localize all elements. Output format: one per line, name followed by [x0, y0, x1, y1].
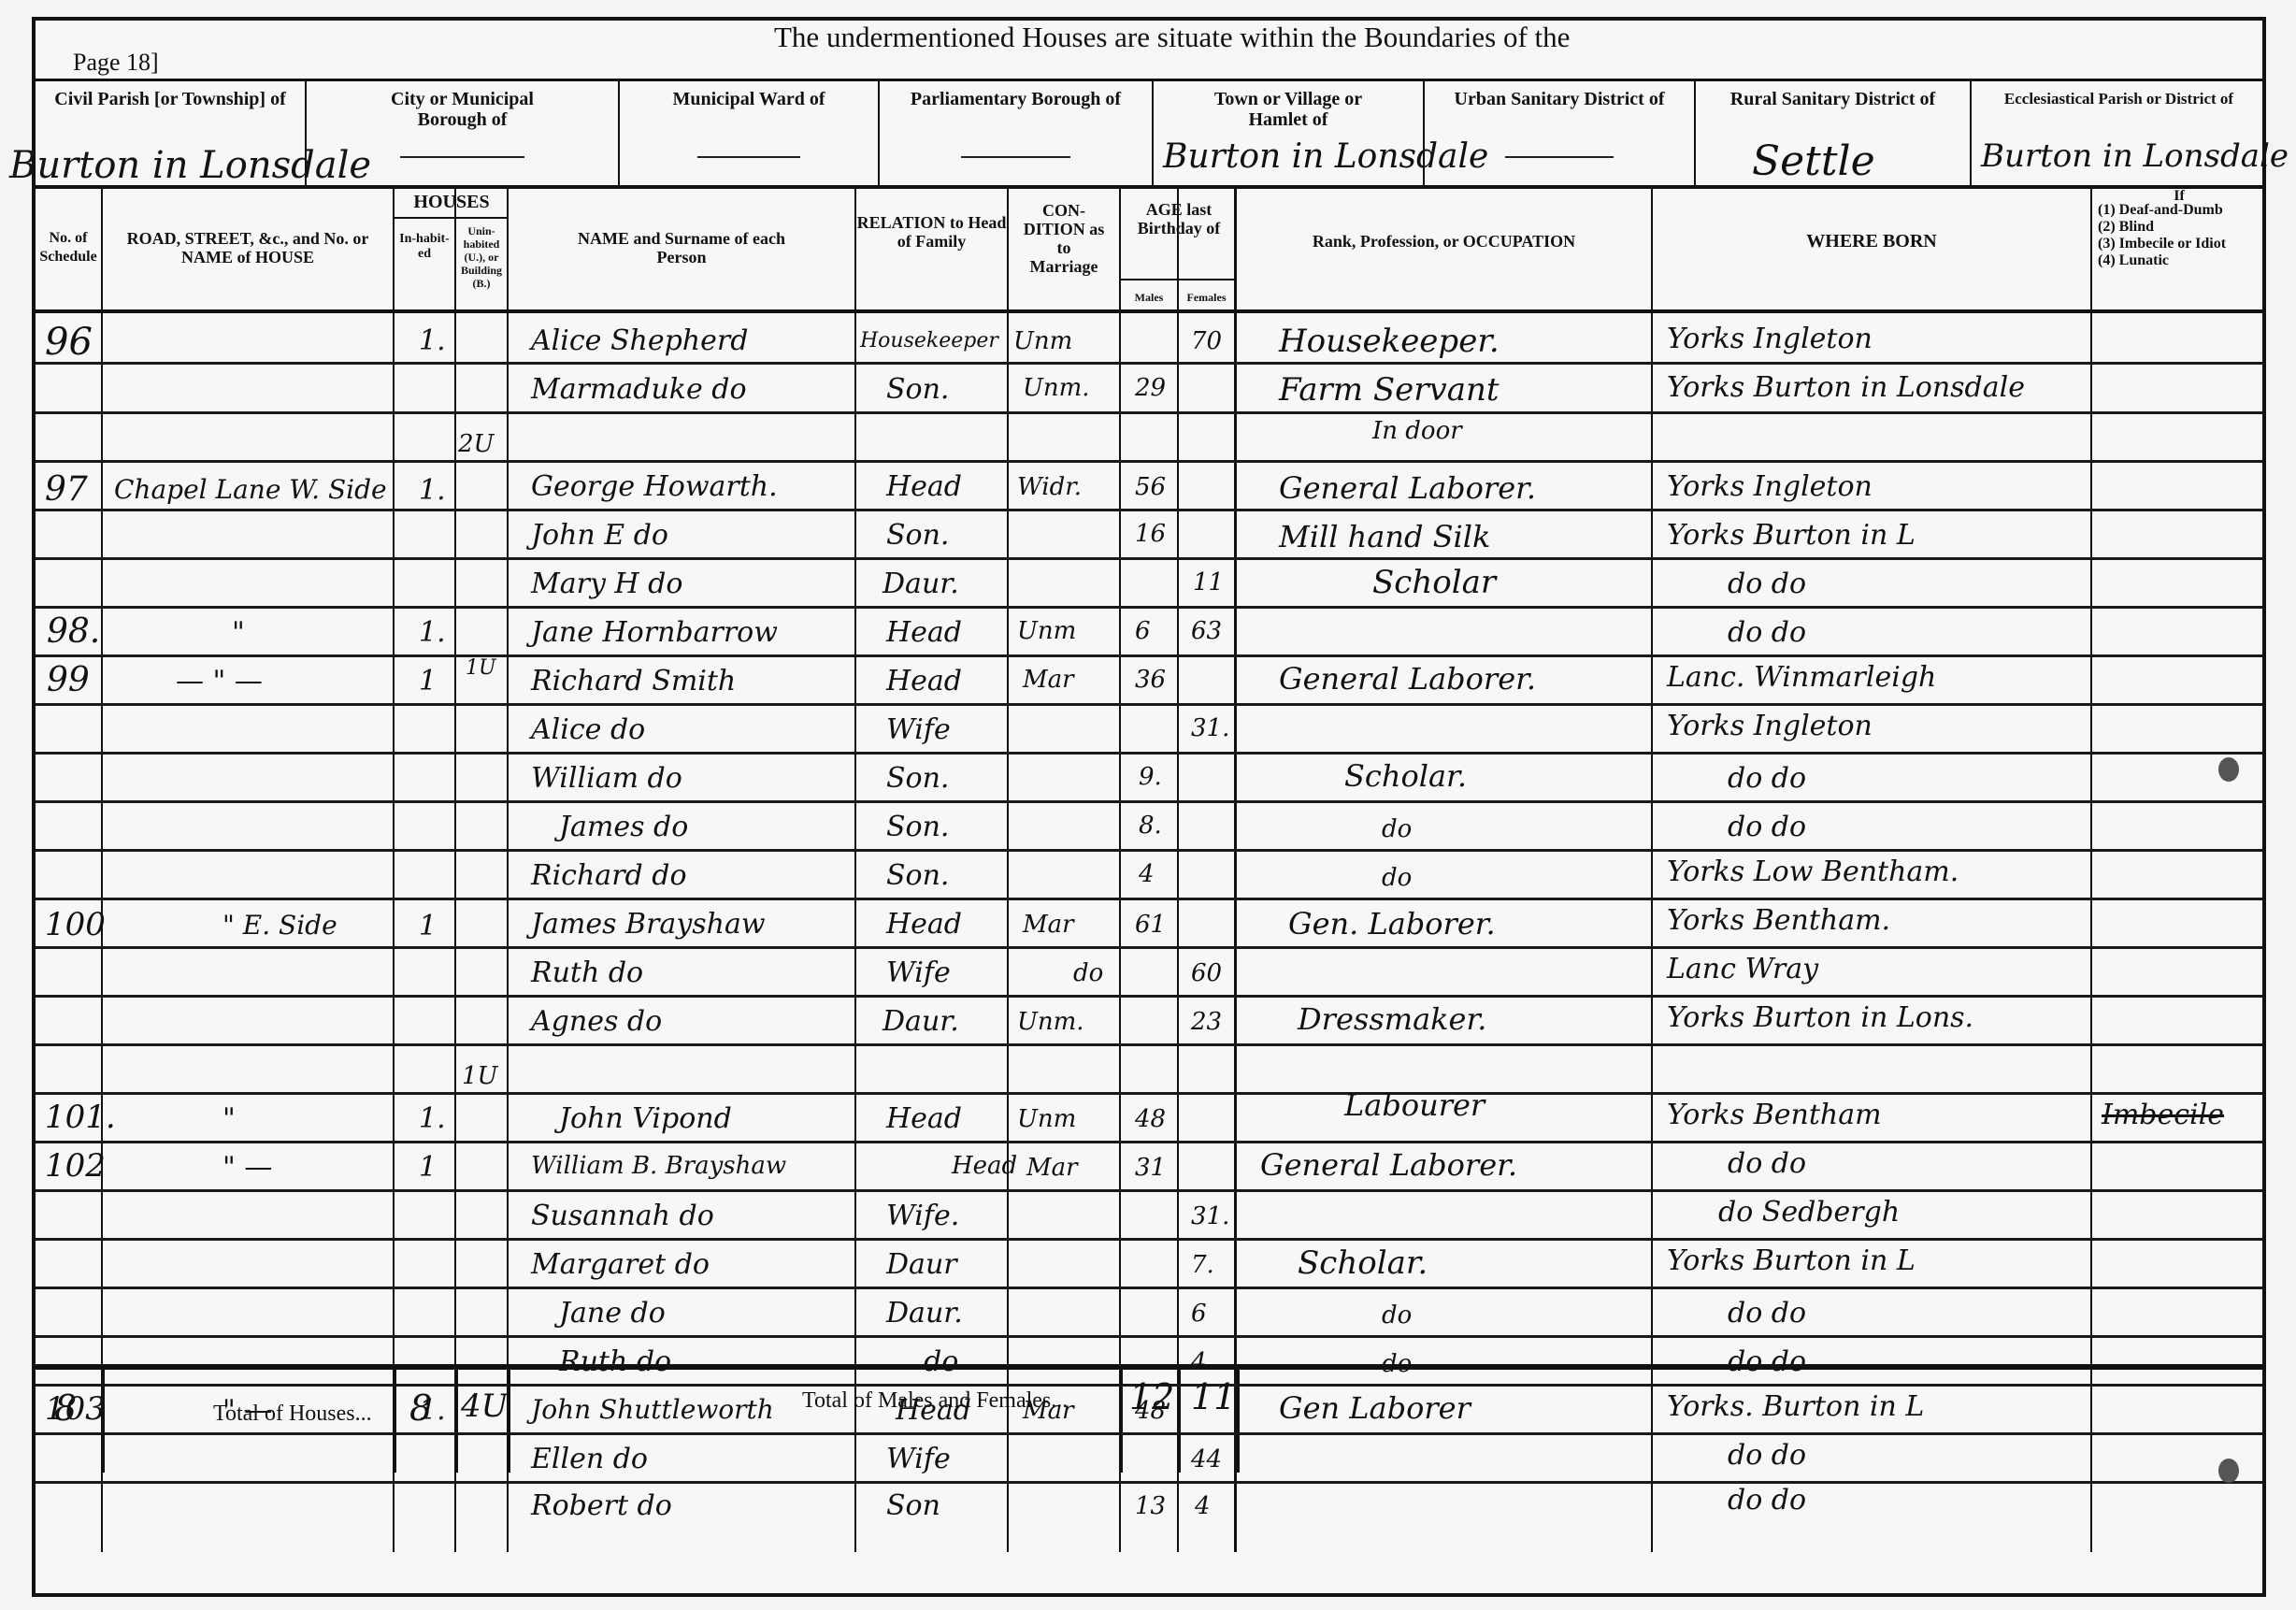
person-name: John Vipond [559, 1105, 732, 1133]
female-age: 4 [1195, 1494, 1211, 1518]
occupation: Gen. Laborer. [1288, 909, 1496, 939]
male-age: 9. [1139, 765, 1162, 789]
inhabited-count: 1 [419, 1154, 437, 1182]
person-name: Alice do [531, 716, 645, 744]
schedule-number: 102 [45, 1150, 106, 1182]
total-schedules: 8 [54, 1390, 77, 1426]
total-males: 12 [1129, 1379, 1174, 1415]
person-name: Richard Smith [531, 668, 736, 696]
where-born: Yorks Ingleton [1667, 473, 1873, 501]
person-name: George Howarth. [531, 473, 778, 501]
schedule-number: 97 [45, 473, 88, 507]
male-age: 29 [1135, 376, 1166, 400]
page-number: Page 18] [73, 49, 159, 77]
relation: Head [886, 1105, 962, 1133]
uninhabited-count: 2U [458, 432, 494, 456]
person-name: Ruth do [531, 959, 643, 987]
inhabited-count: 1. [419, 619, 446, 647]
houses-group-header: HOUSES [395, 187, 509, 219]
condition: Mar [1023, 913, 1074, 937]
civil-parish-value: Burton in Lonsdale [9, 144, 371, 187]
condition: do [1073, 961, 1103, 985]
female-age: 31. [1191, 716, 1229, 740]
boundary-rural-sanitary: Rural Sanitary District of Settle [1696, 81, 1972, 185]
occupation: General Laborer. [1279, 473, 1536, 503]
where-born: Yorks Ingleton [1667, 712, 1873, 740]
male-age: 48 [1135, 1107, 1166, 1131]
where-born: Yorks Ingleton [1667, 325, 1873, 353]
blank-dash [400, 156, 524, 158]
where-born: Yorks Burton in L [1667, 1247, 1916, 1275]
person-name: Agnes do [531, 1008, 662, 1036]
person-name: Susannah do [531, 1202, 714, 1230]
male-age: 16 [1135, 522, 1166, 546]
relation: Head [886, 668, 962, 696]
relation: Son. [886, 813, 949, 841]
schedule-number: 101. [45, 1101, 116, 1133]
where-born: do do [1728, 1300, 1806, 1328]
road-name: Chapel Lane W. Side [114, 477, 387, 503]
relation: Daur. [886, 1300, 963, 1328]
age-group-header: AGE last Birthday of [1121, 187, 1237, 280]
relation: Daur. [883, 1008, 959, 1036]
col-infirmity: If (1) Deaf-and-Dumb (2) Blind (3) Imbec… [2092, 187, 2266, 1552]
road-name: " [222, 1105, 236, 1133]
blank-dash [697, 156, 800, 158]
where-born: Yorks Burton in Lonsdale [1667, 374, 2025, 402]
female-age: 31. [1191, 1204, 1229, 1229]
col-schedule: No. of Schedule [36, 187, 103, 1552]
male-age: 61 [1135, 913, 1166, 937]
col-age-females: Females [1179, 187, 1237, 1552]
person-name: John E do [531, 522, 668, 550]
infirmity: Imbecile [2102, 1101, 2224, 1129]
col-uninhabited: Unin-habited (U.), or Building (B.) [456, 187, 509, 1552]
census-page: Page 18] The undermentioned Houses are s… [32, 17, 2266, 1597]
where-born: do do [1728, 1487, 1806, 1515]
condition: Unm [1017, 619, 1076, 643]
inhabited-count: 1 [419, 913, 437, 941]
where-born: Yorks Low Bentham. [1667, 858, 1959, 886]
relation: Son. [886, 376, 949, 404]
total-inhabited: 8 [409, 1390, 432, 1426]
person-name: Marmaduke do [531, 376, 747, 404]
uninhabited-count: 1U [462, 1064, 497, 1088]
person-name: Robert do [531, 1492, 672, 1520]
occupation: Housekeeper. [1279, 325, 1500, 357]
relation: Wife [886, 716, 951, 744]
person-name: Jane do [559, 1300, 666, 1328]
where-born: do do [1728, 1150, 1806, 1178]
male-age: 13 [1135, 1494, 1166, 1518]
male-age: 31 [1135, 1156, 1166, 1180]
where-born: do do [1728, 765, 1806, 793]
where-born: Lanc. Winmarleigh [1667, 664, 1936, 692]
female-age: 63 [1191, 619, 1222, 643]
inhabited-count: 1 [419, 668, 437, 696]
boundary-village: Town or Village or Hamlet of Burton in L… [1154, 81, 1425, 185]
relation: Daur. [883, 570, 959, 598]
male-age: 4 [1139, 862, 1155, 886]
male-age: 56 [1135, 475, 1166, 499]
inhabited-count: 1. [419, 1105, 446, 1133]
infirmity-legend: (1) Deaf-and-Dumb (2) Blind (3) Imbecile… [2098, 202, 2226, 269]
where-born: do Sedbergh [1718, 1199, 1900, 1227]
inhabited-count: 1. [419, 477, 446, 505]
occupation: Dressmaker. [1298, 1004, 1486, 1034]
occupation: In door [1372, 419, 1462, 443]
occupation: Mill hand Silk [1279, 522, 1490, 552]
where-born: Yorks Burton in L [1667, 522, 1916, 550]
male-age: 8. [1139, 813, 1162, 838]
occupation: Scholar. [1344, 761, 1467, 791]
blank-dash [1505, 156, 1613, 158]
male-age: 6 [1135, 619, 1151, 643]
occupation: Scholar [1372, 567, 1496, 598]
person-name: Mary H do [531, 570, 682, 598]
col-inhabited: In-habit-ed [395, 187, 456, 1552]
boundary-parliamentary-borough: Parliamentary Borough of [880, 81, 1154, 185]
person-name: William B. Brayshaw [531, 1154, 786, 1178]
female-age: 6 [1191, 1301, 1207, 1326]
female-age: 23 [1191, 1010, 1222, 1034]
occupation: General Laborer. [1279, 664, 1536, 694]
boundary-urban-sanitary: Urban Sanitary District of [1425, 81, 1696, 185]
person-name: Richard do [531, 862, 687, 890]
occupation: Farm Servant [1279, 374, 1500, 406]
person-name: James Brayshaw [531, 911, 766, 939]
road-name: " E. Side [222, 913, 337, 939]
inhabited-count: 1. [419, 327, 446, 355]
ink-blot [2218, 757, 2239, 782]
where-born: do do [1728, 813, 1806, 841]
road-name: " — [222, 1154, 272, 1182]
boundary-municipal-ward: Municipal Ward of [620, 81, 880, 185]
person-name: Margaret do [531, 1251, 710, 1279]
blank-dash [961, 156, 1069, 158]
total-houses-label: Total of Houses... [213, 1402, 372, 1427]
relation: Wife [886, 959, 951, 987]
condition: Widr. [1017, 475, 1082, 499]
occupation: Scholar. [1298, 1247, 1428, 1279]
totals-row: 8 Total of Houses... 8 4U Total of Males… [36, 1364, 2262, 1473]
occupation: do [1382, 866, 1412, 890]
total-females: 11 [1191, 1379, 1236, 1415]
where-born: Lanc Wray [1667, 956, 1818, 984]
road-name: — " — [176, 668, 263, 696]
total-persons-label: Total of Males and Females... [802, 1388, 1068, 1414]
where-born: do do [1728, 619, 1806, 647]
relation: Wife. [886, 1202, 959, 1230]
condition: Unm [1017, 1107, 1076, 1131]
page-title: The undermentioned Houses are situate wi… [774, 21, 1570, 54]
boundary-ecclesiastical-parish: Ecclesiastical Parish or District of Bur… [1972, 81, 2266, 185]
person-name: James do [559, 813, 688, 841]
person-name: Jane Hornbarrow [531, 619, 778, 647]
where-born: Yorks Burton in Lons. [1667, 1004, 1973, 1032]
female-age: 70 [1191, 329, 1222, 353]
occupation: General Laborer. [1260, 1150, 1517, 1180]
condition: Unm. [1017, 1010, 1084, 1034]
person-name: Alice Shepherd [531, 327, 748, 355]
condition: Unm [1013, 329, 1072, 353]
condition: Unm. [1023, 376, 1090, 400]
uninhabited-count: 1U [466, 658, 496, 679]
relation: Head [886, 619, 962, 647]
condition: Mar [1023, 668, 1074, 692]
census-table: No. of Schedule ROAD, STREET, &c., and N… [36, 187, 2262, 1552]
condition: Mar [1026, 1156, 1078, 1180]
relation: Head [952, 1154, 1017, 1178]
where-born: Yorks Bentham [1667, 1101, 1882, 1129]
relation: Head [886, 911, 962, 939]
person-name: William do [531, 765, 682, 793]
relation: Son. [886, 862, 949, 890]
occupation: Labourer [1344, 1090, 1485, 1120]
occupation: do [1382, 1303, 1412, 1328]
col-road: ROAD, STREET, &c., and No. or NAME of HO… [103, 187, 395, 1552]
relation: Son. [886, 522, 949, 550]
schedule-number: 100 [45, 909, 106, 941]
occupation: do [1382, 817, 1412, 841]
schedule-number: 98. [47, 615, 100, 649]
female-age: 60 [1191, 961, 1222, 985]
total-uninhabited: 4U [461, 1390, 508, 1422]
relation: Daur [886, 1251, 957, 1279]
male-age: 36 [1135, 668, 1166, 692]
relation: Head [886, 473, 962, 501]
where-born: Yorks Bentham. [1667, 907, 1890, 935]
female-age: 11 [1193, 570, 1224, 595]
relation: Housekeeper [860, 331, 998, 352]
relation: Son [886, 1492, 940, 1520]
female-age: 7. [1191, 1253, 1214, 1277]
schedule-number: 99 [47, 664, 90, 697]
road-name: " [232, 619, 245, 647]
relation: Son. [886, 765, 949, 793]
schedule-number: 96 [45, 323, 93, 361]
where-born: do do [1728, 570, 1806, 598]
